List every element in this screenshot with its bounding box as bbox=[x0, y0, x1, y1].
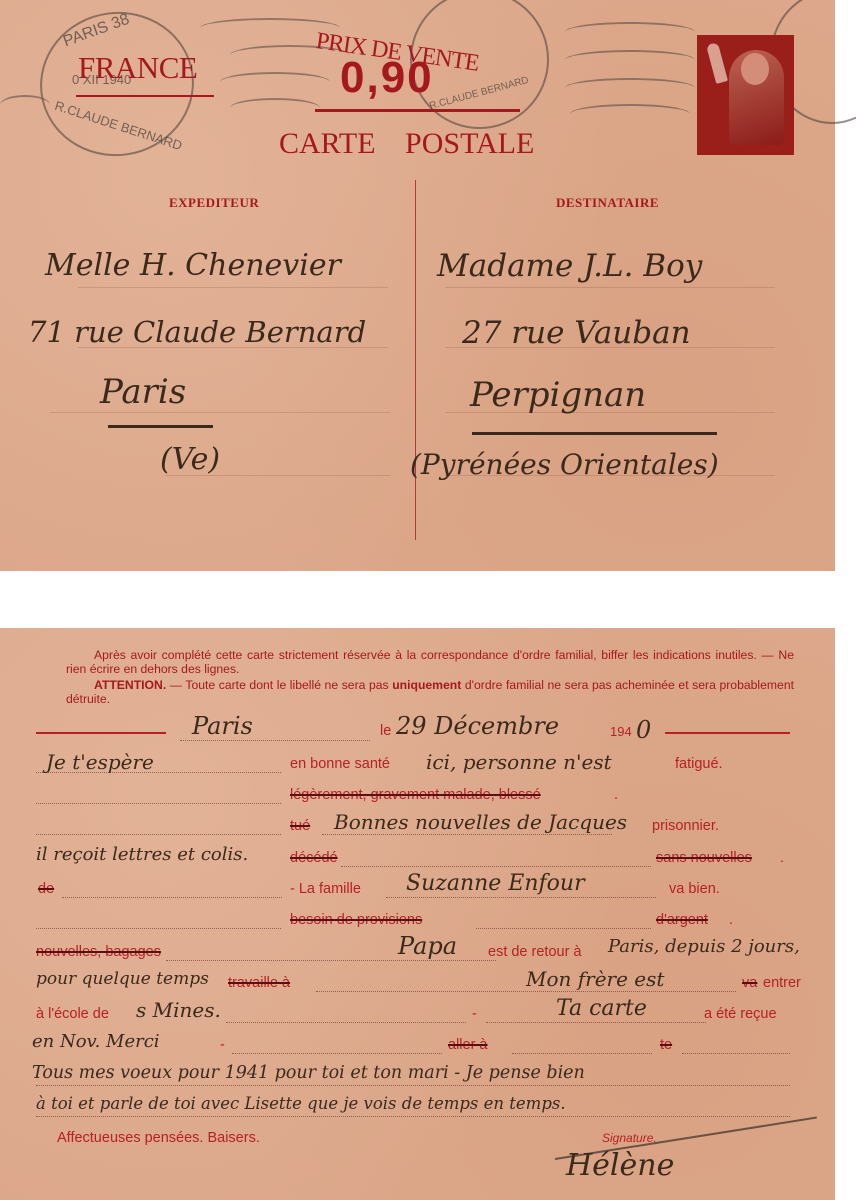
guide-line bbox=[78, 287, 388, 288]
signature-flourish bbox=[555, 1117, 817, 1160]
printed-text: en bonne santé bbox=[290, 756, 390, 772]
attention-pre: — Toute carte dont le libellé ne sera pa… bbox=[166, 678, 392, 692]
dotted-guide bbox=[180, 740, 370, 741]
message-row: il reçoit lettres et colis. décédé sans … bbox=[36, 846, 806, 872]
postcard-back: Après avoir complété cette carte stricte… bbox=[0, 628, 835, 1200]
cancel-wave-6 bbox=[565, 50, 695, 70]
printed-text: prisonnier. bbox=[652, 818, 719, 834]
country-label: FRANCE bbox=[78, 50, 197, 86]
dotted-guide bbox=[36, 1116, 790, 1117]
printed-text: - bbox=[220, 1037, 225, 1053]
message-row: pour quelque temps travaille à Mon frère… bbox=[36, 971, 806, 997]
message-row: en Nov. Merci - aller à te bbox=[36, 1033, 806, 1059]
message-row: de - La famille Suzanne Enfour va bien. bbox=[36, 877, 806, 903]
postcard-front: PARIS 38 0 XII 1940 R.CLAUDE BERNARD R.C… bbox=[0, 0, 835, 571]
struck-printed-text: nouvelles, bagages bbox=[36, 944, 161, 960]
stamp-head-icon bbox=[741, 53, 769, 85]
date-year-prefix: 194 bbox=[610, 724, 632, 739]
handwritten-text: Papa bbox=[398, 932, 457, 960]
printed-text: entrer bbox=[763, 975, 801, 991]
printed-text: - bbox=[472, 1006, 477, 1022]
instructions-text: Après avoir complété cette carte stricte… bbox=[66, 648, 794, 676]
recipient-street: 27 rue Vauban bbox=[462, 315, 691, 351]
sender-street: 71 rue Claude Bernard bbox=[28, 315, 366, 349]
cancel-wave-4 bbox=[230, 98, 320, 118]
dotted-guide bbox=[316, 991, 736, 992]
printed-text: fatigué. bbox=[675, 756, 723, 772]
recipient-name: Madame J.L. Boy bbox=[437, 248, 702, 284]
struck-printed-text: besoin de provisions bbox=[290, 912, 422, 928]
handwritten-text: à toi et parle de toi avec Lisette que j… bbox=[36, 1094, 566, 1113]
message-row: Tous mes voeux pour 1941 pour toi et ton… bbox=[36, 1065, 806, 1091]
dotted-guide bbox=[682, 1053, 790, 1054]
dotted-guide bbox=[486, 1022, 706, 1023]
date-place: Paris bbox=[192, 712, 253, 740]
struck-printed-text: d'argent bbox=[656, 912, 708, 928]
guide-line bbox=[445, 287, 775, 288]
message-row: besoin de provisions d'argent . bbox=[36, 908, 806, 934]
sender-city-underline bbox=[108, 425, 213, 428]
address-divider bbox=[415, 180, 416, 540]
handwritten-text: il reçoit lettres et colis. bbox=[36, 844, 248, 865]
printed-text: . bbox=[614, 787, 618, 803]
printed-text: . bbox=[729, 912, 733, 928]
cancel-wave-9 bbox=[0, 95, 50, 115]
dotted-guide bbox=[36, 834, 281, 835]
struck-printed-text: légèrement, gravement malade, blessé bbox=[290, 787, 541, 803]
handwritten-text: Je t'espère bbox=[46, 750, 154, 774]
struck-printed-text: tué bbox=[290, 818, 310, 834]
struck-printed-text: aller à bbox=[448, 1037, 488, 1053]
dotted-guide bbox=[226, 1022, 466, 1023]
closing-text: Affectueuses pensées. Baisers. bbox=[57, 1130, 260, 1146]
handwritten-text: Suzanne Enfour bbox=[406, 871, 585, 896]
guide-line bbox=[50, 412, 390, 413]
dotted-guide bbox=[36, 803, 281, 804]
cancel-wave-7 bbox=[565, 78, 695, 98]
dotted-guide bbox=[341, 866, 651, 867]
recipient-city-underline bbox=[472, 432, 717, 435]
struck-printed-text: travaille à bbox=[228, 975, 290, 991]
dotted-guide bbox=[476, 928, 651, 929]
cancel-wave-8 bbox=[570, 104, 690, 124]
country-underline bbox=[76, 95, 214, 97]
postage-stamp bbox=[697, 35, 794, 155]
sender-name: Melle H. Chenevier bbox=[45, 248, 341, 283]
struck-printed-text: va bbox=[742, 975, 757, 991]
struck-printed-text: décédé bbox=[290, 850, 338, 866]
date-year-suffix: 0 bbox=[636, 716, 651, 744]
attention-emphasis: uniquement bbox=[392, 678, 461, 692]
printed-text: va bien. bbox=[669, 881, 720, 897]
message-row: nouvelles, bagages Papa est de retour à … bbox=[36, 940, 806, 966]
sender-district: (Ve) bbox=[160, 442, 220, 477]
message-row: à l'école de s Mines. - Ta carte a été r… bbox=[36, 1002, 806, 1028]
sender-label: EXPEDITEUR bbox=[169, 195, 259, 211]
cancel-wave-3 bbox=[220, 72, 330, 92]
struck-printed-text: sans nouvelles bbox=[656, 850, 752, 866]
recipient-department: (Pyrénées Orientales) bbox=[410, 448, 719, 481]
stamp-torch-icon bbox=[706, 42, 728, 84]
struck-printed-text: de bbox=[38, 881, 54, 897]
handwritten-text: pour quelque temps bbox=[36, 969, 209, 989]
date-rule-left bbox=[36, 732, 166, 734]
dotted-guide bbox=[166, 960, 496, 961]
handwritten-text: Bonnes nouvelles de Jacques bbox=[334, 810, 627, 834]
dotted-guide bbox=[36, 1085, 790, 1086]
price-underline bbox=[315, 109, 520, 112]
price-value: 0,90 bbox=[340, 56, 434, 100]
handwritten-text: en Nov. Merci bbox=[32, 1031, 160, 1052]
sender-city: Paris bbox=[100, 372, 186, 412]
message-row: légèrement, gravement malade, blessé . bbox=[36, 783, 806, 809]
attention-label: ATTENTION. bbox=[94, 678, 166, 692]
printed-text: à l'école de bbox=[36, 1006, 109, 1022]
struck-printed-text: te bbox=[660, 1037, 672, 1053]
dotted-guide bbox=[512, 1053, 652, 1054]
dotted-guide bbox=[232, 1053, 442, 1054]
recipient-city: Perpignan bbox=[470, 375, 646, 415]
recipient-label: DESTINATAIRE bbox=[556, 195, 659, 211]
dotted-guide bbox=[62, 897, 282, 898]
dotted-guide bbox=[386, 897, 656, 898]
printed-text: - La famille bbox=[290, 881, 361, 897]
printed-text: . bbox=[780, 850, 784, 866]
date-le-label: le bbox=[380, 723, 391, 739]
handwritten-text: s Mines. bbox=[136, 998, 221, 1022]
printed-text: a été reçue bbox=[704, 1006, 777, 1022]
dotted-guide bbox=[322, 834, 612, 835]
date-rule-right bbox=[665, 732, 790, 734]
card-title: CARTE POSTALE bbox=[279, 127, 534, 161]
message-row: tué Bonnes nouvelles de Jacques prisonni… bbox=[36, 814, 806, 840]
cancel-wave-5 bbox=[565, 22, 695, 42]
date-day-month: 29 Décembre bbox=[396, 712, 559, 740]
handwritten-text: Ta carte bbox=[556, 996, 647, 1021]
printed-text: est de retour à bbox=[488, 944, 582, 960]
handwritten-text: Paris, depuis 2 jours, bbox=[608, 936, 800, 957]
attention-text: ATTENTION. — Toute carte dont le libellé… bbox=[66, 678, 794, 706]
handwritten-text: Tous mes voeux pour 1941 pour toi et ton… bbox=[32, 1063, 585, 1083]
handwritten-text: ici, personne n'est bbox=[426, 750, 612, 774]
dotted-guide bbox=[36, 928, 281, 929]
handwritten-text: Mon frère est bbox=[526, 967, 664, 991]
message-row: à toi et parle de toi avec Lisette que j… bbox=[36, 1096, 806, 1122]
message-row: Je t'espère en bonne santé ici, personne… bbox=[36, 752, 806, 778]
